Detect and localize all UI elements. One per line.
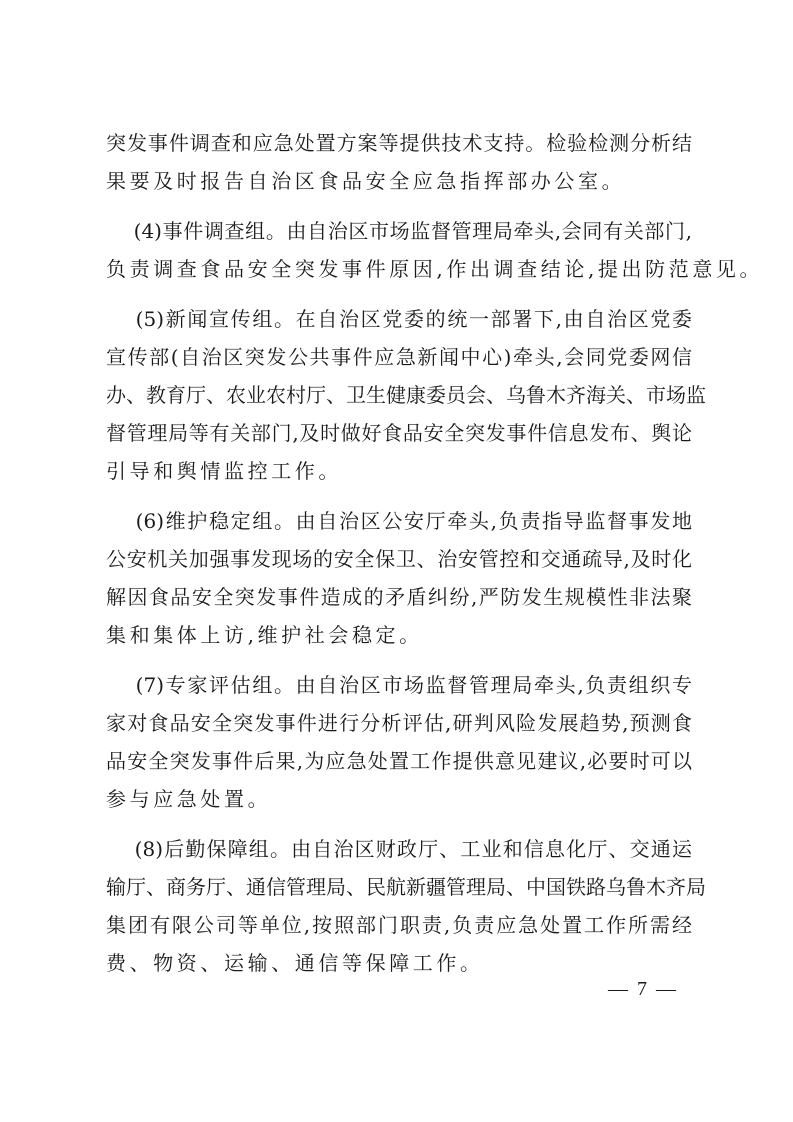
text-line: 费、物资、运输、通信等保障工作。	[106, 944, 692, 982]
paragraph-item-6: (6)维护稳定组。由自治区公安厅牵头,负责指导监督事发地 公安机关加强事发现场的…	[106, 502, 692, 654]
text-line: 督管理局等有关部门,及时做好食品安全突发事件信息发布、舆论	[106, 414, 692, 452]
paragraph-item-8: (8)后勤保障组。由自治区财政厅、工业和信息化厅、交通运 输厅、商务厅、通信管理…	[106, 830, 692, 982]
document-page: 突发事件调查和应急处置方案等提供技术支持。检验检测分析结 果要及时报告自治区食品…	[106, 124, 692, 982]
text-line: 品安全突发事件后果,为应急处置工作提供意见建议,必要时可以	[106, 742, 692, 780]
text-line: 家对食品安全突发事件进行分析评估,研判风险发展趋势,预测食	[106, 704, 692, 742]
text-line: 办、教育厅、农业农村厅、卫生健康委员会、乌鲁木齐海关、市场监	[106, 376, 692, 414]
text-line: (5)新闻宣传组。在自治区党委的统一部署下,由自治区党委	[106, 300, 692, 338]
text-line: 集团有限公司等单位,按照部门职责,负责应急处置工作所需经	[106, 906, 692, 944]
paragraph-item-5: (5)新闻宣传组。在自治区党委的统一部署下,由自治区党委 宣传部(自治区突发公共…	[106, 300, 692, 490]
text-line: 负责调查食品安全突发事件原因,作出调查结论,提出防范意见。	[106, 250, 692, 288]
paragraph-item-4: (4)事件调查组。由自治区市场监督管理局牵头,会同有关部门, 负责调查食品安全突…	[106, 212, 692, 288]
text-line: 解因食品安全突发事件造成的矛盾纠纷,严防发生规模性非法聚	[106, 578, 692, 616]
page-number: — 7 —	[603, 978, 683, 1001]
text-line: 宣传部(自治区突发公共事件应急新闻中心)牵头,会同党委网信	[106, 338, 692, 376]
text-line: (4)事件调查组。由自治区市场监督管理局牵头,会同有关部门,	[106, 212, 692, 250]
paragraph-item-7: (7)专家评估组。由自治区市场监督管理局牵头,负责组织专 家对食品安全突发事件进…	[106, 666, 692, 818]
text-line: 参与应急处置。	[106, 780, 692, 818]
text-line: 突发事件调查和应急处置方案等提供技术支持。检验检测分析结	[106, 124, 692, 162]
text-line: 引导和舆情监控工作。	[106, 452, 692, 490]
text-line: 集和集体上访,维护社会稳定。	[106, 616, 692, 654]
text-line: 果要及时报告自治区食品安全应急指挥部办公室。	[106, 162, 692, 200]
text-line: (8)后勤保障组。由自治区财政厅、工业和信息化厅、交通运	[106, 830, 692, 868]
text-line: 公安机关加强事发现场的安全保卫、治安管控和交通疏导,及时化	[106, 540, 692, 578]
text-line: 输厅、商务厅、通信管理局、民航新疆管理局、中国铁路乌鲁木齐局	[106, 868, 692, 906]
text-line: (7)专家评估组。由自治区市场监督管理局牵头,负责组织专	[106, 666, 692, 704]
paragraph-continuation: 突发事件调查和应急处置方案等提供技术支持。检验检测分析结 果要及时报告自治区食品…	[106, 124, 692, 200]
text-line: (6)维护稳定组。由自治区公安厅牵头,负责指导监督事发地	[106, 502, 692, 540]
